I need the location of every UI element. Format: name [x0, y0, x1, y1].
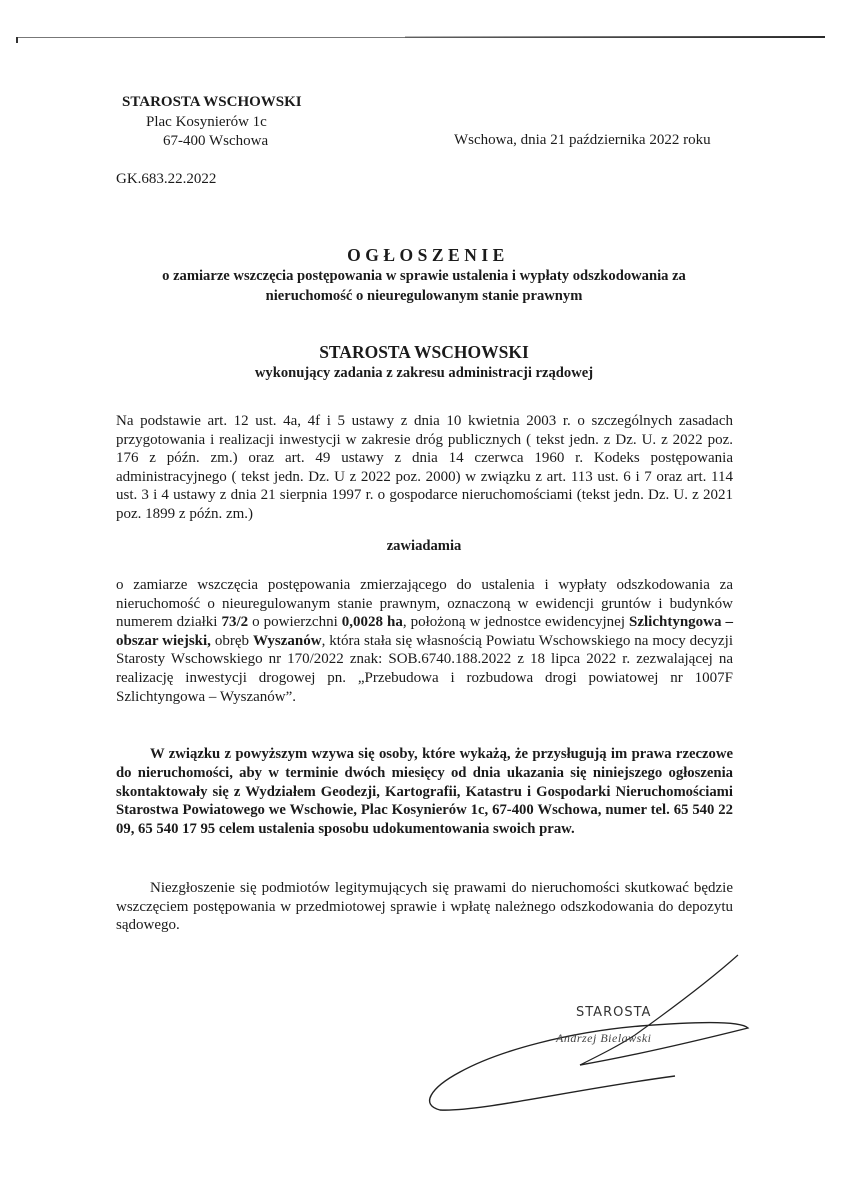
legal-basis-paragraph: Na podstawie art. 12 ust. 4a, 4f i 5 ust…: [116, 412, 733, 524]
precinct: Wyszanów: [253, 633, 322, 649]
document-subtitle-line2: nieruchomość o nieuregulowanym stanie pr…: [0, 287, 848, 306]
parcel-number: 73/2: [221, 614, 248, 630]
consequence-paragraph: Niezgłoszenie się podmiotów legitymujący…: [116, 879, 733, 935]
sender-address-line1: Plac Kosynierów 1c: [122, 113, 302, 133]
scan-edge-mark: [16, 37, 18, 43]
sender-address-line2: 67-400 Wschowa: [122, 132, 302, 152]
signature-block: STAROSTA Andrzej Bielawski: [420, 950, 750, 1130]
title-block: OGŁOSZENIE o zamiarze wszczęcia postępow…: [0, 245, 848, 306]
signature-title: STAROSTA: [576, 1005, 651, 1020]
summons-paragraph: W związku z powyższym wzywa się osoby, k…: [116, 745, 733, 839]
scan-edge-line: [16, 37, 825, 38]
reference-number: GK.683.22.2022: [116, 171, 216, 188]
authority-block: STAROSTA WSCHOWSKI wykonujący zadania z …: [0, 342, 848, 382]
document-title: OGŁOSZENIE: [8, 245, 848, 266]
notice-paragraph: o zamiarze wszczęcia postępowania zmierz…: [116, 576, 733, 706]
authority-role: wykonujący zadania z zakresu administrac…: [0, 365, 848, 382]
parcel-area: 0,0028 ha: [342, 614, 403, 630]
signature-name: Andrzej Bielawski: [556, 1031, 652, 1046]
sender-block: STAROSTA WSCHOWSKI Plac Kosynierów 1c 67…: [122, 93, 302, 152]
authority-name: STAROSTA WSCHOWSKI: [0, 342, 848, 363]
sender-name: STAROSTA WSCHOWSKI: [122, 93, 302, 113]
notice-text: , położoną w jednostce ewidencyjnej: [403, 614, 629, 630]
notify-heading: zawiadamia: [0, 538, 848, 555]
notice-text: obręb: [211, 633, 253, 649]
document-subtitle-line1: o zamiarze wszczęcia postępowania w spra…: [0, 267, 848, 286]
notice-text: o powierzchni: [248, 614, 342, 630]
document-date: Wschowa, dnia 21 października 2022 roku: [454, 132, 711, 149]
